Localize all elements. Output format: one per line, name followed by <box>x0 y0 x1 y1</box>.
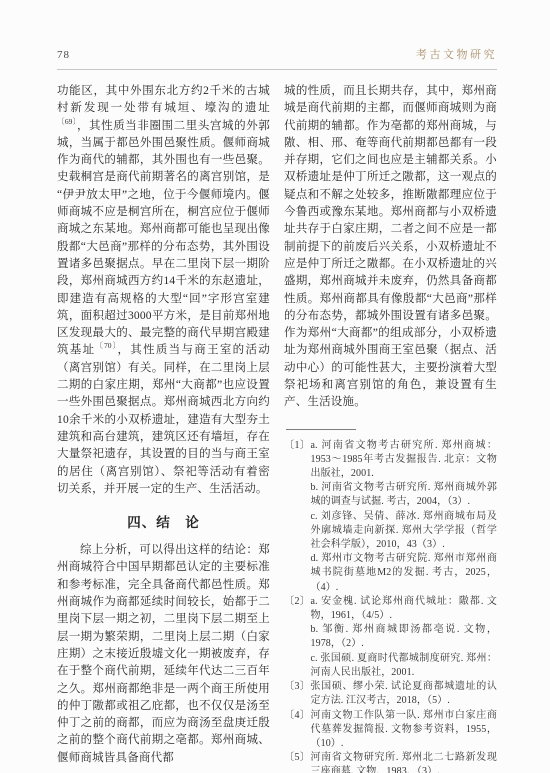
reference-items: 张国硕、缪小荣. 试论夏商都城遗址的认定方法. 江汉考古，2018，（5）. <box>311 680 498 708</box>
reference-item: b. 河南省文物考古研究所. 郑州商城外郭城的调查与试掘. 考古，2004，（3… <box>311 481 498 509</box>
reference-item: a. 安金槐. 试论郑州商代城址：隞都. 文物，1961，（4/5）. <box>311 595 498 623</box>
footnote-ref-69: 〔69〕 <box>57 117 77 126</box>
reference-entry-4: 〔4〕 河南文物工作队第一队. 郑州市白家庄商代墓葬发掘简报. 文物参考资料，1… <box>284 709 497 752</box>
reference-entry-2: 〔2〕 a. 安金槐. 试论郑州商代城址：隞都. 文物，1961，（4/5）. … <box>284 595 497 680</box>
right-column: 城的性质，而且长期共存，其中，郑州商城是商代前期的主都，而偃师商城则为商代前期的… <box>284 83 497 773</box>
reference-items: a. 河南省文物考古研究所. 郑州商城：1953～1985年考古发掘报告. 北京… <box>311 439 498 595</box>
reference-item: 河南省文物研究所. 郑州北二七路新发现三座商墓. 文物，1983，（3）. <box>311 751 498 773</box>
reference-item: a. 河南省文物考古研究所. 郑州商城：1953～1985年考古发掘报告. 北京… <box>311 439 498 482</box>
reference-item: d. 郑州市文物考古研究院. 郑州市郑州商城书院街墓地M2的发掘. 考古，202… <box>311 552 498 595</box>
journal-title: 考古文物研究 <box>416 46 497 62</box>
reference-item: 张国硕、缪小荣. 试论夏商都城遗址的认定方法. 江汉考古，2018，（5）. <box>311 680 498 708</box>
paragraph-segment: ，其性质当与商王室的活动（离宫别馆）有关。同样，在二里岗上层二期的白家庄期，郑州… <box>57 344 270 494</box>
reference-label: 〔4〕 <box>284 709 311 723</box>
paragraph-segment: ，其性质当非圈围二里头宫城的外郭城，当属于都邑外围邑聚性质。偃师商城作为商代的辅… <box>57 120 270 357</box>
two-column-layout: 功能区，其中外围东北方约2千米的古城村新发现一处带有城垣、壕沟的遗址〔69〕，其… <box>57 83 497 773</box>
reference-item: c. 刘彦锋、吴倩、薛冰. 郑州商城布局及外廓城墙走向新探. 郑州大学学报（哲学… <box>311 510 498 553</box>
reference-label: 〔2〕 <box>284 595 311 609</box>
paragraph-segment: 功能区，其中外围东北方约2千米的古城村新发现一处带有城垣、壕沟的遗址 <box>57 85 270 114</box>
paragraph-conclusion-continued: 城的性质，而且长期共存，其中，郑州商城是商代前期的主都，而偃师商城则为商代前期的… <box>284 83 497 412</box>
reference-item: c. 张国硕. 夏商时代都城制度研究. 郑州：河南人民出版社，2001. <box>311 652 498 680</box>
left-column: 功能区，其中外围东北方约2千米的古城村新发现一处带有城垣、壕沟的遗址〔69〕，其… <box>57 83 270 773</box>
reference-label: 〔3〕 <box>284 680 311 694</box>
reference-entry-1: 〔1〕 a. 河南省文物考古研究所. 郑州商城：1953～1985年考古发掘报告… <box>284 439 497 595</box>
reference-label: 〔1〕 <box>284 439 311 453</box>
reference-item: b. 邹衡. 郑州商城即汤都亳说. 文物，1978，（2）. <box>311 623 498 651</box>
reference-label: 〔5〕 <box>284 751 311 765</box>
reference-item: 河南文物工作队第一队. 郑州市白家庄商代墓葬发掘简报. 文物参考资料，1955，… <box>311 709 498 752</box>
reference-items: 河南省文物研究所. 郑州北二七路新发现三座商墓. 文物，1983，（3）. <box>311 751 498 773</box>
paragraph-outer-settlements: 功能区，其中外围东北方约2千米的古城村新发现一处带有城垣、壕沟的遗址〔69〕，其… <box>57 83 270 498</box>
section-heading-conclusion: 四、结 论 <box>57 511 270 531</box>
paragraph-conclusion: 综上分析，可以得出这样的结论：郑州商城符合中国早期都邑认定的主要标准和参考标准，… <box>57 542 270 767</box>
references-list: 〔1〕 a. 河南省文物考古研究所. 郑州商城：1953～1985年考古发掘报告… <box>284 439 497 773</box>
page-header: 78 考古文物研究 <box>57 46 497 70</box>
reference-entry-3: 〔3〕 张国硕、缪小荣. 试论夏商都城遗址的认定方法. 江汉考古，2018，（5… <box>284 680 497 708</box>
footnote-ref-70: 〔70〕 <box>95 342 117 351</box>
reference-items: 河南文物工作队第一队. 郑州市白家庄商代墓葬发掘简报. 文物参考资料，1955，… <box>311 709 498 752</box>
reference-entry-5: 〔5〕 河南省文物研究所. 郑州北二七路新发现三座商墓. 文物，1983，（3）… <box>284 751 497 773</box>
reference-items: a. 安金槐. 试论郑州商代城址：隞都. 文物，1961，（4/5）. b. 邹… <box>311 595 498 680</box>
page-number: 78 <box>57 49 70 61</box>
footnote-separator <box>286 429 356 430</box>
document-page: 78 考古文物研究 功能区，其中外围东北方约2千米的古城村新发现一处带有城垣、壕… <box>0 0 550 773</box>
